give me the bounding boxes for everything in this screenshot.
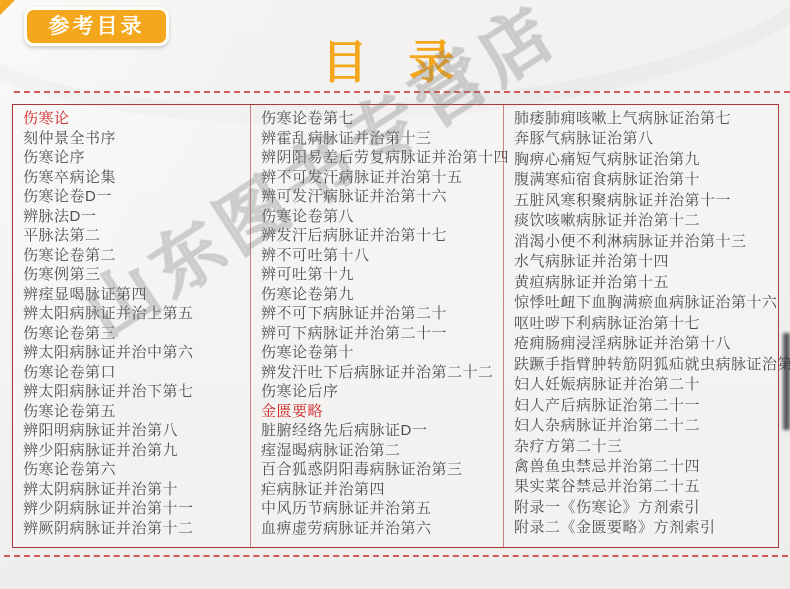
toc-entry: 水气病脉证并治第十四 [514, 254, 774, 271]
toc-entry: 辨可下病脉证并治第二十一 [261, 326, 499, 343]
toc-entry: 附录二《金匮要略》方剂索引 [514, 520, 774, 537]
toc-entry: 辨发汗后病脉证并治第十七 [261, 228, 499, 245]
toc-column-2: 伤寒论卷第七辨霍乱病脉证并治第十三辨阴阳易差后劳复病脉证并治第十四辨不可发汗病脉… [250, 105, 503, 547]
toc-entry: 伤寒论卷第八 [261, 209, 499, 226]
reference-catalog-badge: 参考目录 [24, 7, 169, 46]
toc-entry: 惊悸吐衄下血胸满瘀血病脉证治第十六 [514, 295, 774, 312]
toc-entry: 伤寒论序 [23, 150, 246, 167]
toc-entry: 辨阳明病脉证并治第八 [23, 423, 246, 440]
toc-entry: 辨不可发汗病脉证并治第十五 [261, 170, 499, 187]
toc-entry: 伤寒论卷第二 [23, 248, 246, 265]
toc-entry: 胸痹心痛短气病脉证治第九 [514, 152, 774, 169]
toc-entry: 伤寒卒病论集 [23, 170, 246, 187]
toc-section-title: 金匮要略 [261, 404, 499, 421]
toc-entry: 附录一《伤寒论》方剂索引 [514, 500, 774, 517]
toc-entry: 伤寒论卷第九 [261, 287, 499, 304]
toc-entry: 五脏风寒积聚病脉证并治第十一 [514, 193, 774, 210]
toc-entry: 疮痈肠痈浸淫病脉证并治第十八 [514, 336, 774, 353]
toc-entry: 呕吐哕下利病脉证治第十七 [514, 316, 774, 333]
toc-entry: 辨厥阴病脉证并治第十二 [23, 521, 246, 538]
reference-catalog-badge-label: 参考目录 [49, 16, 145, 37]
toc-entry: 辨少阳病脉证并治第九 [23, 443, 246, 460]
toc-entry: 消渴小便不利淋病脉证并治第十三 [514, 234, 774, 251]
toc-entry: 妇人妊娠病脉证并治第二十 [514, 377, 774, 394]
toc-entry: 辨可吐第十九 [261, 267, 499, 284]
toc-entry: 中风历节病脉证并治第五 [261, 501, 499, 518]
toc-entry: 疟病脉证并治第四 [261, 482, 499, 499]
toc-column-3: 肺痿肺痈咳嗽上气病脉证治第七奔豚气病脉证治第八胸痹心痛短气病脉证治第九腹满寒疝宿… [503, 105, 778, 547]
toc-entry: 伤寒例第三 [23, 267, 246, 284]
toc-entry: 辨痓显喝脉证第四 [23, 287, 246, 304]
toc-entry: 伤寒论卷第六 [23, 462, 246, 479]
toc-entry: 伤寒论卷第口 [23, 365, 246, 382]
toc-entry: 伤寒论卷第七 [261, 111, 499, 128]
toc-entry: 百合狐惑阴阳毒病脉证治第三 [261, 462, 499, 479]
toc-entry: 辨太阳病脉证并治下第七 [23, 384, 246, 401]
toc-entry: 刻仲景全书序 [23, 131, 246, 148]
right-edge-stamp-fragment [783, 333, 790, 430]
toc-entry: 辨霍乱病脉证并治第十三 [261, 131, 499, 148]
toc-entry: 辨太阴病脉证并治第十 [23, 482, 246, 499]
toc-entry: 禽兽鱼虫禁忌并治第二十四 [514, 459, 774, 476]
toc-entry: 辨发汗吐下后病脉证并治第二十二 [261, 365, 499, 382]
toc-entry: 果实菜谷禁忌并治第二十五 [514, 479, 774, 496]
toc-entry: 辨太阳病脉证并治中第六 [23, 345, 246, 362]
toc-column-1: 伤寒论刻仲景全书序伤寒论序伤寒卒病论集伤寒论卷D一辨脉法D一平脉法第二伤寒论卷第… [13, 105, 250, 547]
toc-section-title: 伤寒论 [23, 111, 246, 128]
top-dashed-divider [14, 91, 790, 93]
toc-entry: 伤寒论卷第十 [261, 345, 499, 362]
toc-entry: 辨阴阳易差后劳复病脉证并治第十四 [261, 150, 499, 167]
toc-entry: 辨少阴病脉证并治第十一 [23, 501, 246, 518]
toc-entry: 妇人杂病脉证并治第二十二 [514, 418, 774, 435]
toc-entry: 腹满寒疝宿食病脉证治第十 [514, 172, 774, 189]
toc-entry: 黄疸病脉证并治第十五 [514, 275, 774, 292]
toc-entry: 痰饮咳嗽病脉证并治第十二 [514, 213, 774, 230]
toc-entry: 伤寒论卷第三 [23, 326, 246, 343]
toc-entry: 伤寒论卷第五 [23, 404, 246, 421]
toc-entry: 伤寒论卷D一 [23, 189, 246, 206]
toc-entry: 血痹虚劳病脉证并治第六 [261, 521, 499, 538]
toc-entry: 肺痿肺痈咳嗽上气病脉证治第七 [514, 111, 774, 128]
bottom-dashed-divider [4, 555, 788, 557]
toc-entry: 奔豚气病脉证治第八 [514, 131, 774, 148]
toc-entry: 脏腑经络先后病脉证D一 [261, 423, 499, 440]
toc-entry: 辨不可吐第十八 [261, 248, 499, 265]
toc-entry: 辨脉法D一 [23, 209, 246, 226]
toc-entry: 伤寒论后序 [261, 384, 499, 401]
corner-ribbon-decoration [0, 0, 15, 15]
toc-entry: 痓湿暍病脉证治第二 [261, 443, 499, 460]
toc-entry: 辨太阳病脉证并治上第五 [23, 306, 246, 323]
toc-entry: 杂疗方第二十三 [514, 439, 774, 456]
toc-entry: 辨可发汗病脉证并治第十六 [261, 189, 499, 206]
toc-entry: 妇人产后病脉证治第二十一 [514, 398, 774, 415]
page-title: 目 录 [322, 26, 469, 92]
table-of-contents-box: 伤寒论刻仲景全书序伤寒论序伤寒卒病论集伤寒论卷D一辨脉法D一平脉法第二伤寒论卷第… [12, 104, 779, 548]
toc-entry: 趺蹶手指臂肿转筋阴狐疝就虫病脉证治第十九 [514, 357, 774, 374]
toc-entry: 平脉法第二 [23, 228, 246, 245]
toc-entry: 辨不可下病脉证并治第二十 [261, 306, 499, 323]
